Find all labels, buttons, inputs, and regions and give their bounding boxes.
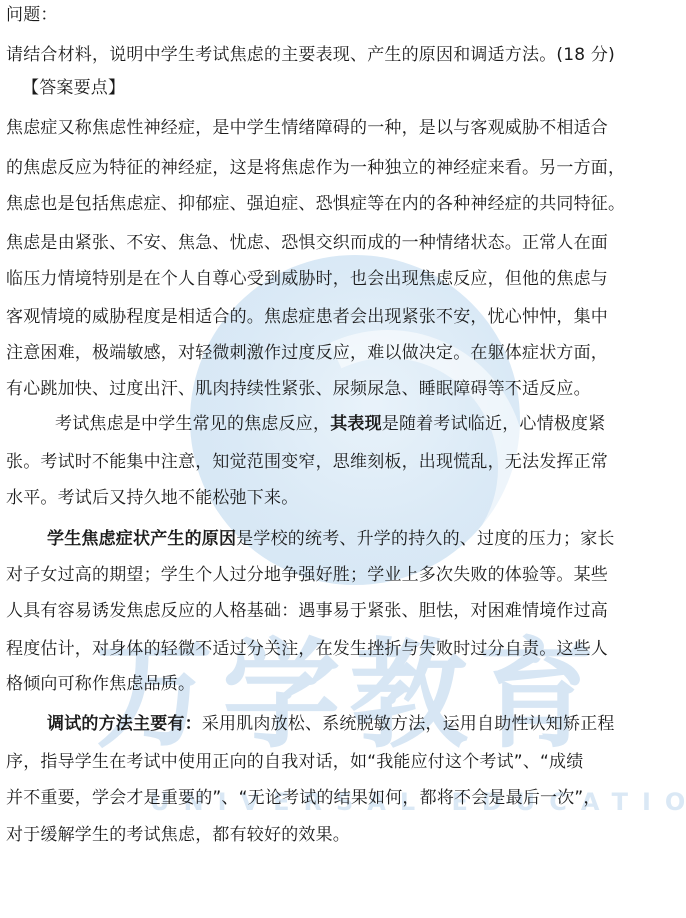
paragraph-5-line: 序，指导学生在考试中使用正向的自我对话，如“我能应付这个考试”、“成绩	[6, 751, 583, 773]
question-text: 请结合材料，说明中学生考试焦虑的主要表现、产生的原因和调适方法。(18 分)	[6, 44, 615, 66]
paragraph-5-line: 并不重要，学会才是重要的”、“无论考试的结果如何，都将不会是最后一次”，	[6, 787, 601, 809]
paragraph-4-line-1: 学生焦虑症状产生的原因是学校的统考、升学的持久的、过度的压力；家长	[47, 528, 615, 550]
paragraph-4-text: 是学校的统考、升学的持久的、过度的压力；家长	[236, 529, 614, 549]
paragraph-5-line: 对于缓解学生的考试焦虑，都有较好的效果。	[6, 824, 350, 846]
paragraph-3-line: 张。考试时不能集中注意，知觉范围变窄，思维刻板，出现慌乱，无法发挥正常	[6, 451, 608, 473]
paragraph-5-line-1: 调试的方法主要有：采用肌肉放松、系统脱敏方法，运用自助性认知矫正程	[47, 713, 615, 735]
paragraph-1-line: 的焦虑反应为特征的神经症，这是将焦虑作为一种独立的神经症来看。另一方面，	[6, 157, 625, 179]
paragraph-4-line: 格倾向可称作焦虑品质。	[6, 673, 195, 695]
paragraph-4-line: 对子女过高的期望；学生个人过分地争强好胜；学业上多次失败的体验等。某些	[6, 564, 608, 586]
paragraph-4-emphasis: 学生焦虑症状产生的原因	[47, 529, 236, 549]
paragraph-4-line: 人具有容易诱发焦虑反应的人格基础：遇事易于紧张、胆怯，对困难情境作过高	[6, 600, 608, 622]
paragraph-3-text: 考试焦虑是中学生常见的焦虑反应，	[55, 414, 330, 434]
paragraph-3-line-1: 考试焦虑是中学生常见的焦虑反应，其表现是随着考试临近，心情极度紧	[55, 413, 605, 435]
answer-heading: 【答案要点】	[22, 77, 125, 99]
paragraph-2-line: 焦虑是由紧张、不安、焦急、忧虑、恐惧交织而成的一种情绪状态。正常人在面	[6, 232, 608, 254]
paragraph-2-line: 临压力情境特别是在个人自尊心受到威胁时，也会出现焦虑反应，但他的焦虑与	[6, 268, 608, 290]
paragraph-5-emphasis: 调试的方法主要有：	[47, 714, 202, 734]
paragraph-3-line: 水平。考试后又持久地不能松弛下来。	[6, 487, 298, 509]
paragraph-1-line: 焦虑也是包括焦虑症、抑郁症、强迫症、恐惧症等在内的各种神经症的共同特征。	[6, 193, 625, 215]
paragraph-1-line: 焦虑症又称焦虑性神经症，是中学生情绪障碍的一种，是以与客观威胁不相适合	[6, 117, 608, 139]
paragraph-2-line: 客观情境的威胁程度是相适合的。焦虑症患者会出现紧张不安，忧心忡忡，集中	[6, 306, 608, 328]
question-label: 问题：	[6, 4, 58, 26]
paragraph-2-line: 有心跳加快、过度出汗、肌肉持续性紧张、尿频尿急、睡眠障碍等不适反应。	[6, 378, 591, 400]
paragraph-3-text: 是随着考试临近，心情极度紧	[382, 414, 606, 434]
paragraph-2-line: 注意困难，极端敏感，对轻微刺激作过度反应，难以做决定。在躯体症状方面，	[6, 342, 608, 364]
paragraph-3-emphasis: 其表现	[330, 414, 382, 434]
paragraph-4-line: 程度估计，对身体的轻微不适过分关注，在发生挫折与失败时过分自责。这些人	[6, 638, 608, 660]
paragraph-5-text: 采用肌肉放松、系统脱敏方法，运用自助性认知矫正程	[202, 714, 615, 734]
